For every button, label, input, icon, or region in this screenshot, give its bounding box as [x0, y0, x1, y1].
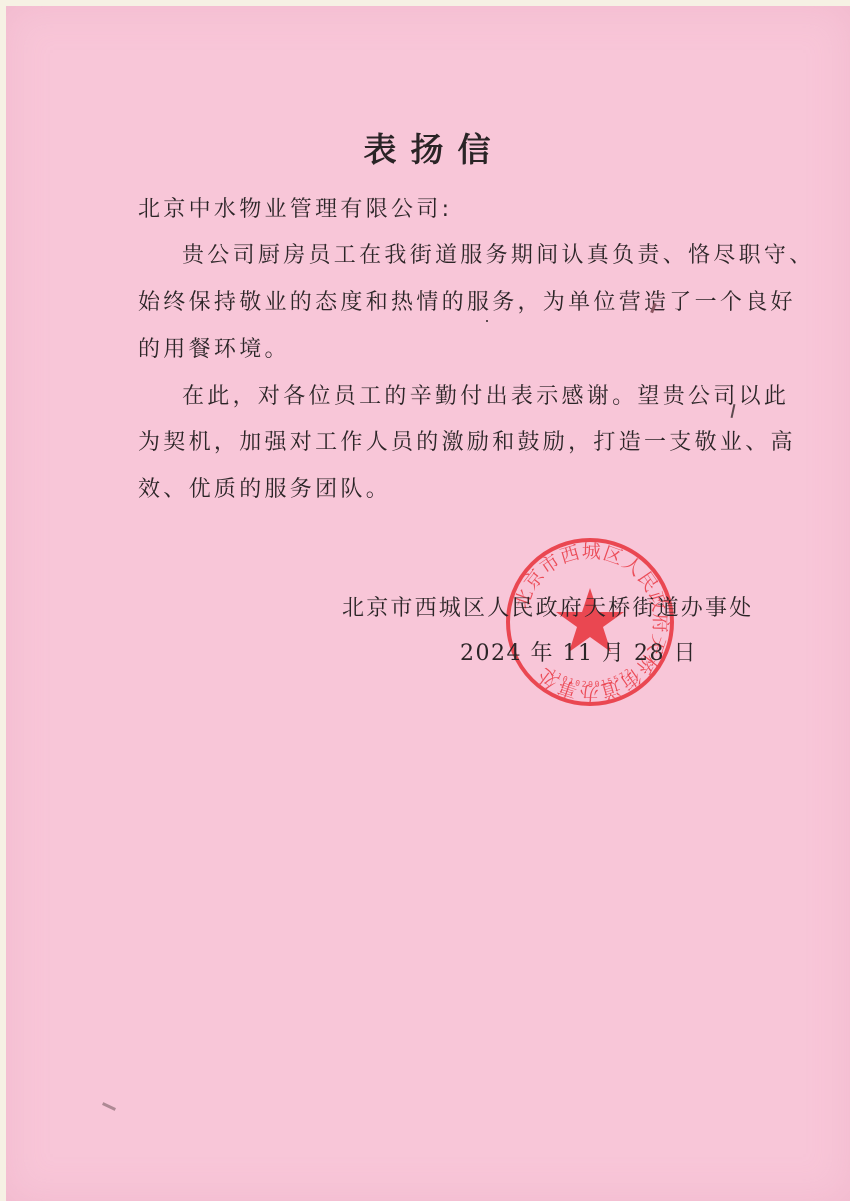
- paragraph-2-line-3: 效、优质的服务团队。: [138, 472, 391, 503]
- salutation: 北京中水物业管理有限公司:: [138, 192, 452, 223]
- paragraph-1-line-2: 始终保持敬业的态度和热情的服务，为单位营造了一个良好: [138, 285, 796, 316]
- paragraph-2-line-2: 为契机，加强对工作人员的激励和鼓励，打造一支敬业、高: [138, 425, 796, 456]
- signature-organization: 北京市西城区人民政府天桥街道办事处: [342, 591, 753, 622]
- scan-dot: [486, 320, 488, 322]
- paragraph-2-line-1: 在此，对各位员工的辛勤付出表示感谢。望贵公司以此: [182, 379, 789, 410]
- official-seal-icon: 北京市西城区人民政府天桥街道办事处 1101029015572: [504, 536, 676, 708]
- signature-date: 2024 年 11 月 28 日: [460, 636, 697, 667]
- scan-mark: [102, 1102, 116, 1111]
- paragraph-1-line-3: 的用餐环境。: [138, 332, 290, 363]
- letter-title: 表扬信: [6, 124, 850, 171]
- letter-page: 表扬信 北京中水物业管理有限公司: 贵公司厨房员工在我街道服务期间认真负责、恪尽…: [6, 6, 850, 1201]
- paragraph-1-line-1: 贵公司厨房员工在我街道服务期间认真负责、恪尽职守、: [182, 238, 815, 269]
